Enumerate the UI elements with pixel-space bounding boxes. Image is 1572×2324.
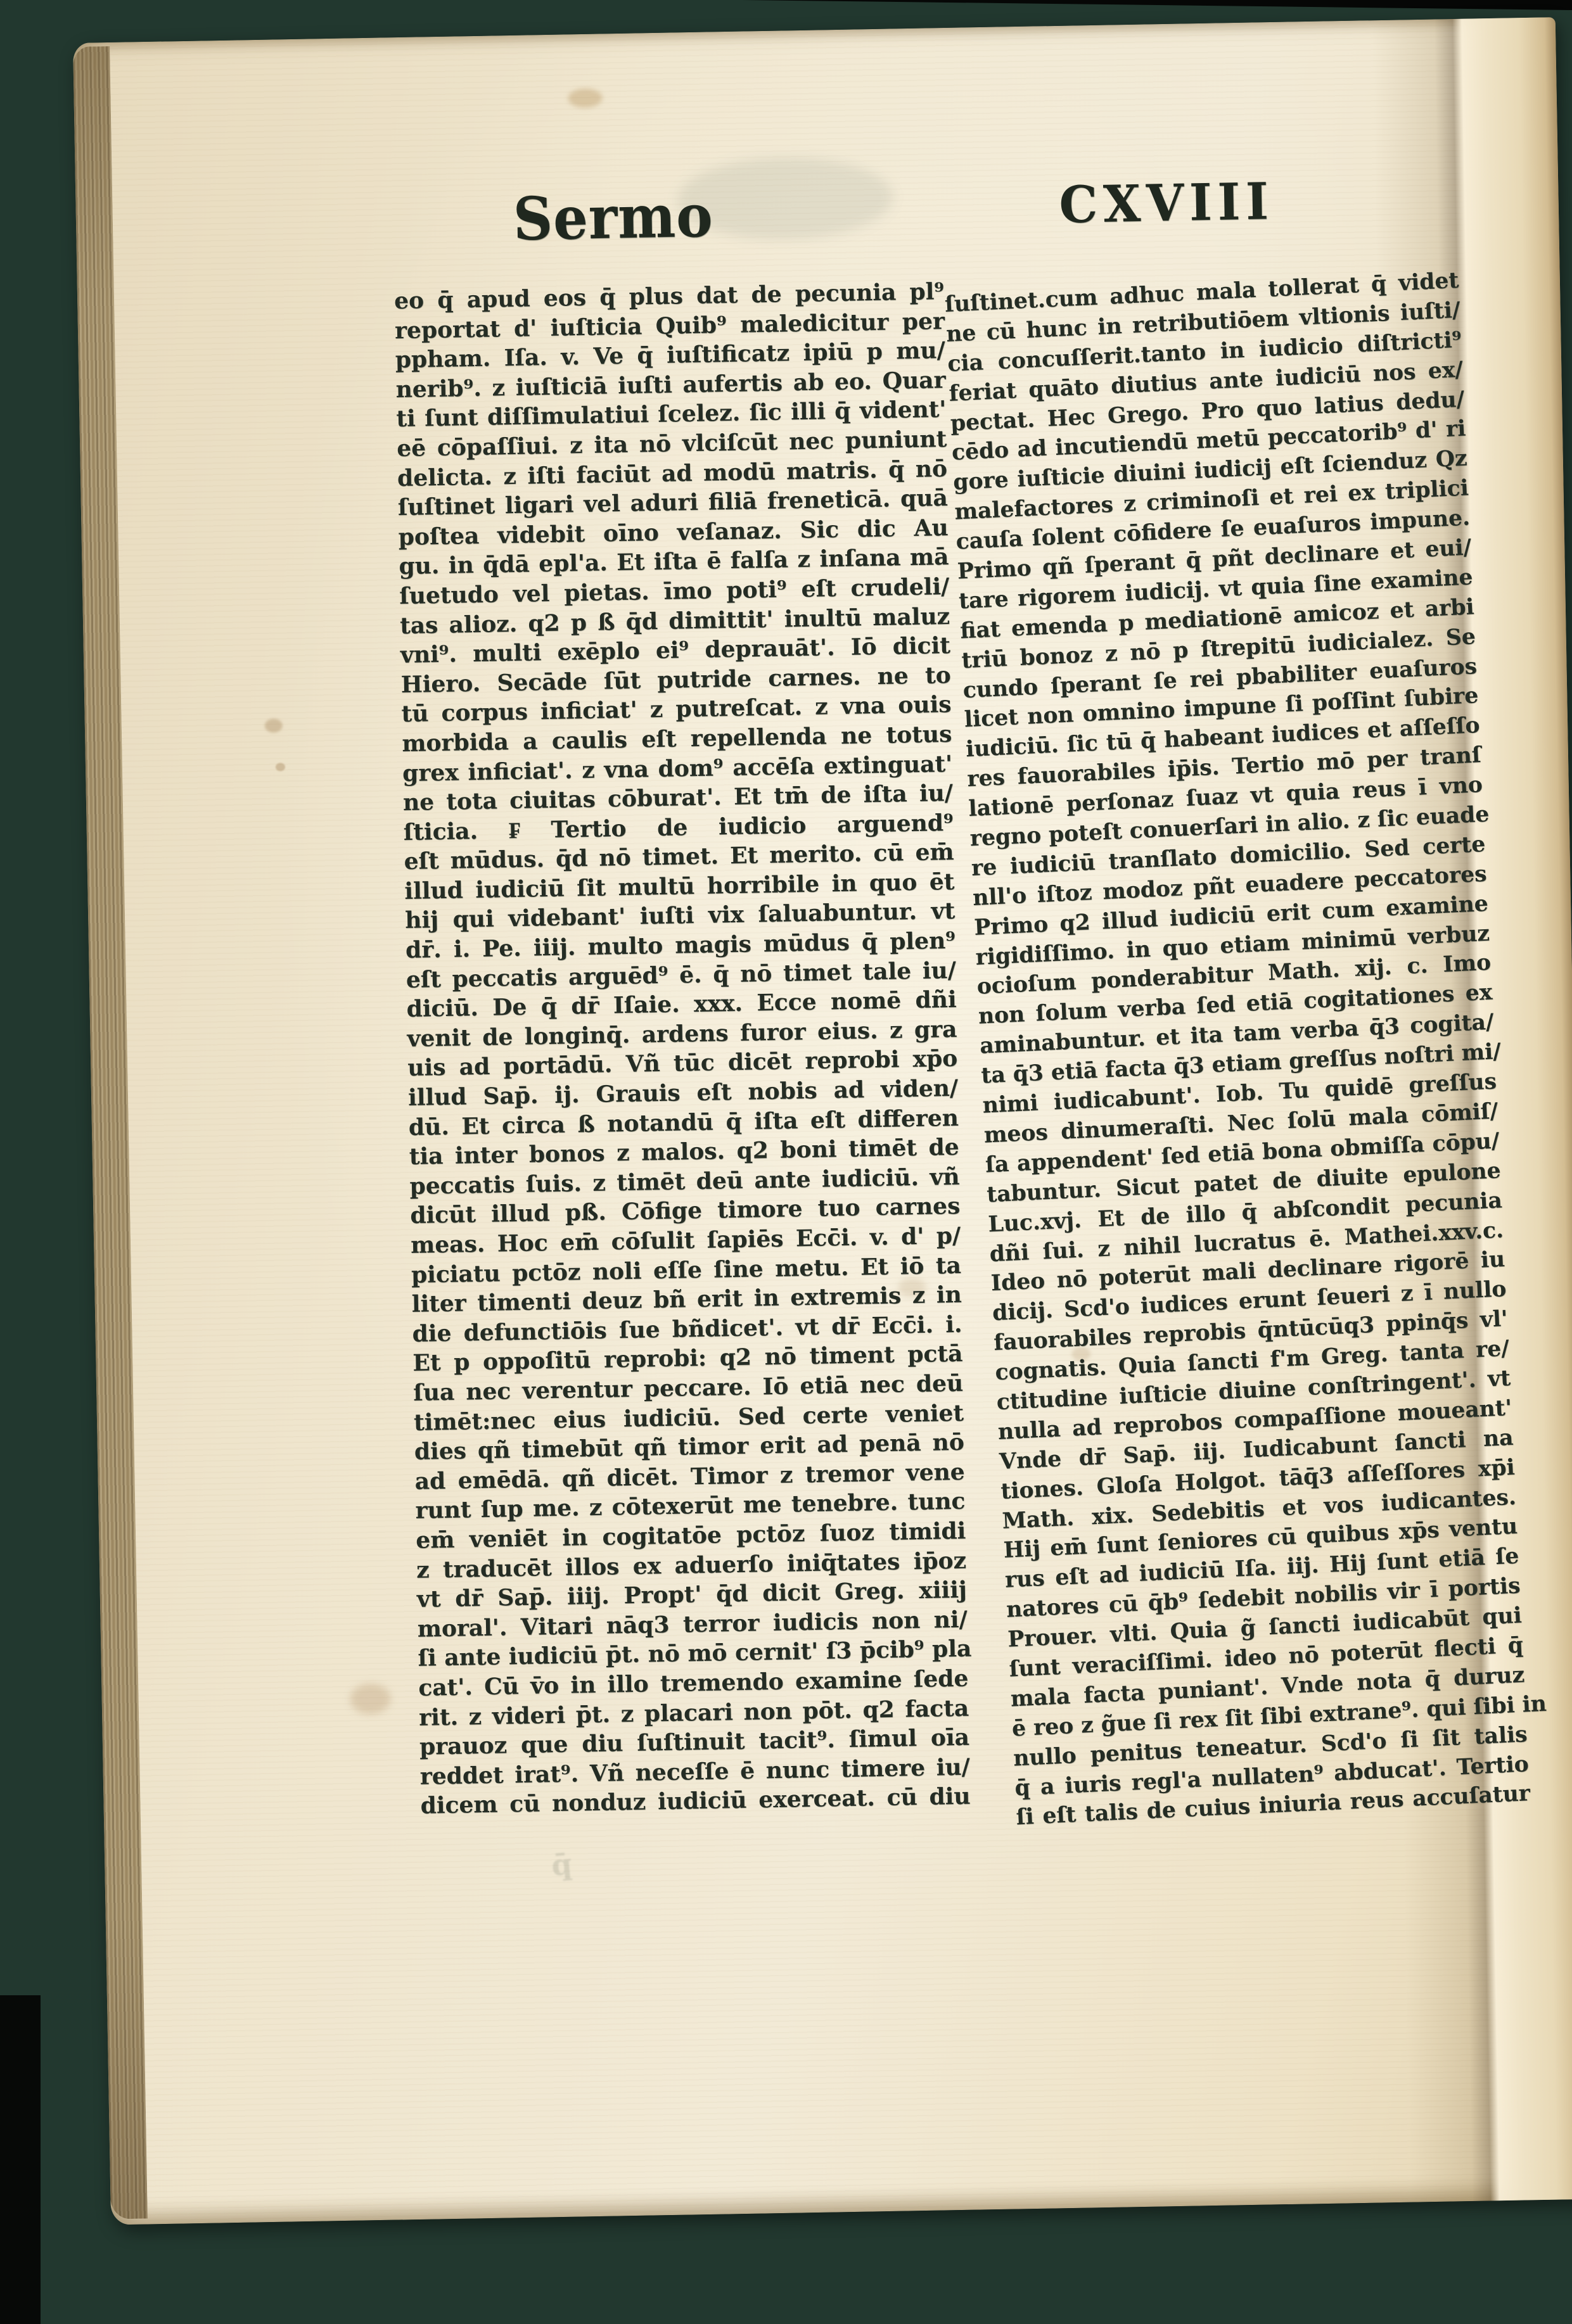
stain (265, 718, 283, 732)
stain (568, 88, 603, 108)
stain (350, 1684, 391, 1715)
running-header-title: Sermo (513, 181, 713, 254)
show-through-mark: q̄ (550, 1847, 573, 1883)
stain (276, 763, 285, 771)
photo-edge-top (0, 0, 1572, 10)
leaf-edge-stack (73, 46, 148, 2219)
photo-edge-left (0, 1995, 41, 2324)
running-header-folio-number: CXVIII (1059, 172, 1275, 234)
left-text-column: eo q̄ apud eos q̄ plus dat de pecunia pl… (394, 277, 971, 1821)
book-page: Sermo CXVIII eo q̄ apud eos q̄ plus dat … (73, 17, 1572, 2225)
right-text-column: ſuſtinet.cum adhuc mala tollerat q̄ vide… (944, 266, 1531, 1833)
